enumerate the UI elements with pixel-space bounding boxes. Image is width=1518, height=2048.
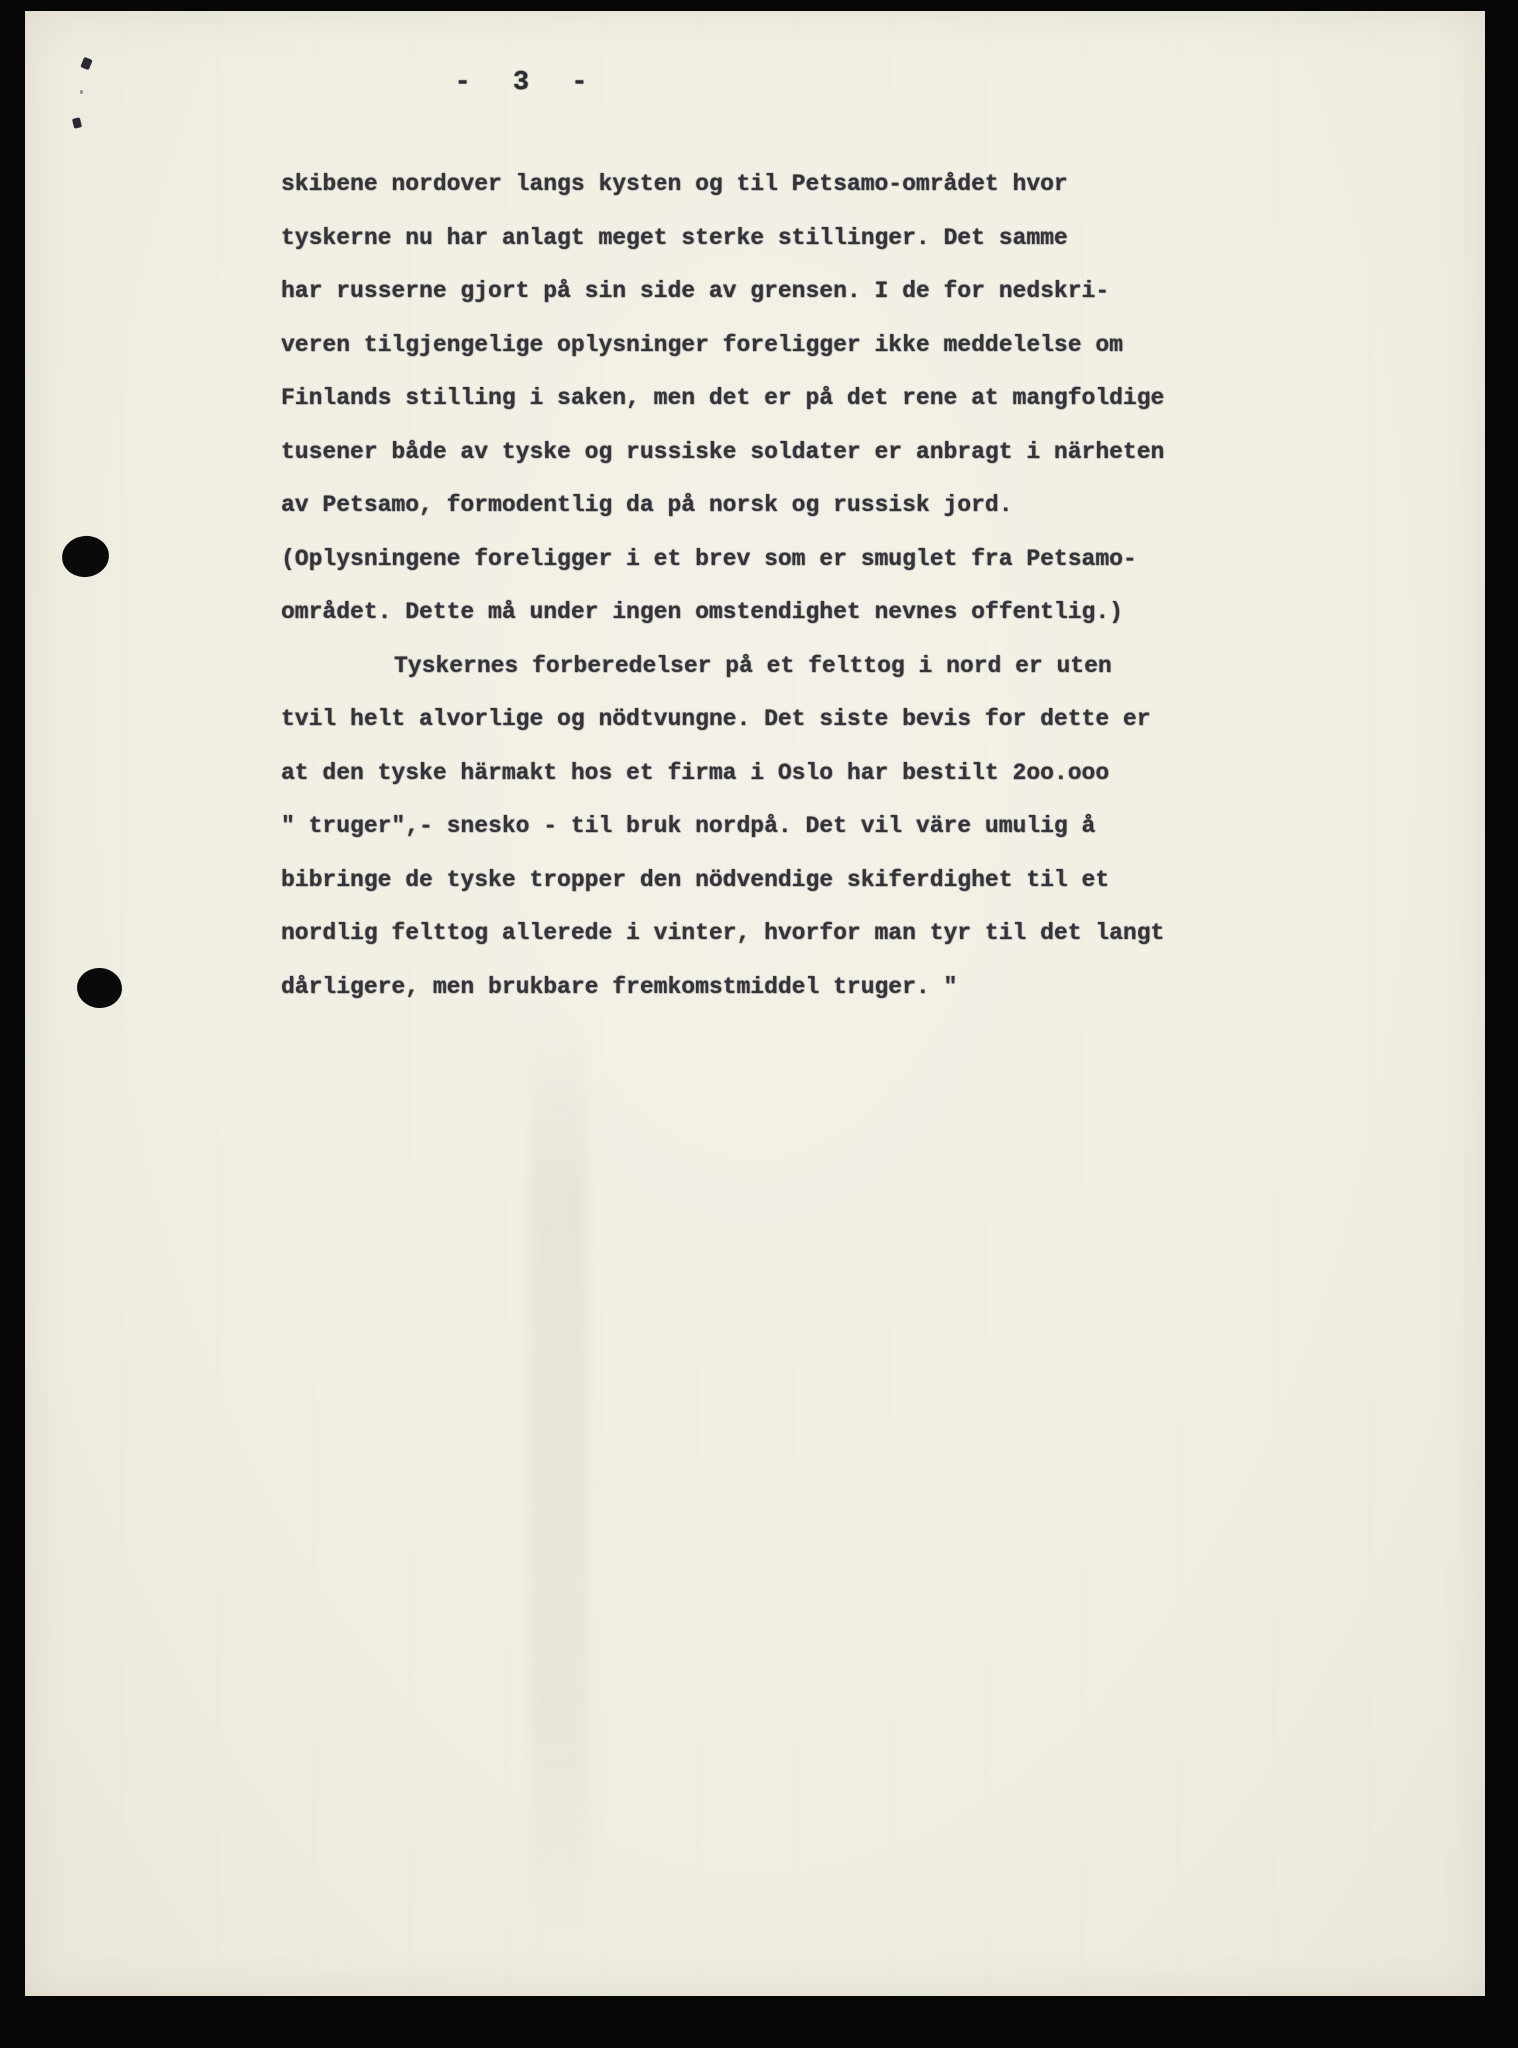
- text-line: (Oplysningene foreligger i et brev som e…: [281, 533, 1196, 587]
- text-line: tusener både av tyske og russiske soldat…: [281, 426, 1196, 480]
- text-line: Tyskernes forberedelser på et felttog i …: [281, 640, 1196, 694]
- body-text: skibene nordover langs kysten og til Pet…: [281, 158, 1196, 1014]
- text-line: området. Dette må under ingen omstendigh…: [281, 586, 1196, 640]
- scanned-document-page: - 3 - skibene nordover langs kysten og t…: [0, 0, 1518, 2048]
- page-number: - 3 -: [410, 68, 645, 98]
- text-line: skibene nordover langs kysten og til Pet…: [281, 158, 1196, 212]
- scan-smudge: [530, 1021, 588, 1961]
- text-line: veren tilgjengelige oplysninger foreligg…: [281, 319, 1196, 373]
- text-line: " truger",- snesko - til bruk nordpå. De…: [281, 800, 1196, 854]
- text-line: bibringe de tyske tropper den nödvendige…: [281, 854, 1196, 908]
- text-line: nordlig felttog allerede i vinter, hvorf…: [281, 907, 1196, 961]
- text-line: tvil helt alvorlige og nödtvungne. Det s…: [281, 693, 1196, 747]
- text-line: dårligere, men brukbare fremkomstmiddel …: [281, 961, 1196, 1015]
- ink-speck: [80, 90, 83, 94]
- paper-sheet: - 3 - skibene nordover langs kysten og t…: [25, 11, 1485, 1996]
- text-line: at den tyske härmakt hos et firma i Oslo…: [281, 747, 1196, 801]
- text-line: tyskerne nu har anlagt meget sterke stil…: [281, 212, 1196, 266]
- text-line: av Petsamo, formodentlig da på norsk og …: [281, 479, 1196, 533]
- text-line: Finlands stilling i saken, men det er på…: [281, 372, 1196, 426]
- text-line: har russerne gjort på sin side av grense…: [281, 265, 1196, 319]
